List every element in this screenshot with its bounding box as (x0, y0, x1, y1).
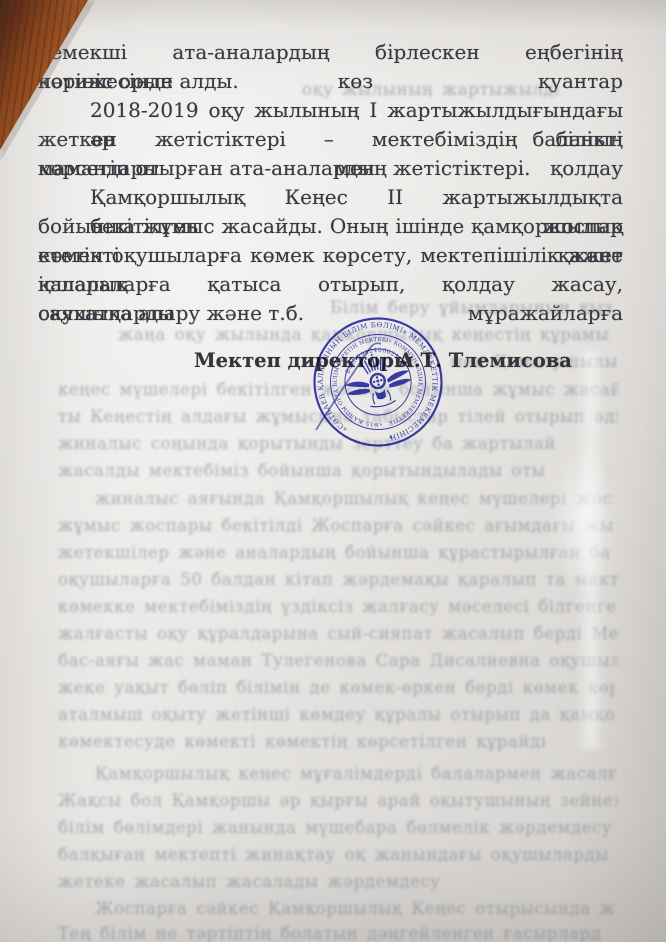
document-photo: оқу жылының жартыжылдығындағы балалардың… (0, 0, 666, 942)
signature-stroke (0, 0, 666, 942)
